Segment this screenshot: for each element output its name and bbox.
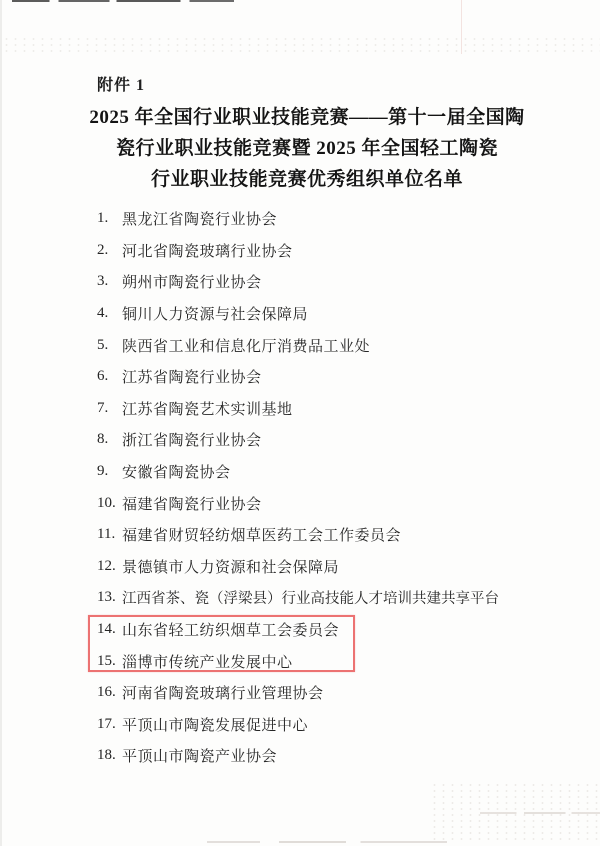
list-item-name: 淄博市传统产业发展中心 (122, 651, 293, 672)
list-item-number: 2. (97, 242, 122, 259)
list-item-name: 江苏省陶瓷行业协会 (122, 366, 262, 387)
list-item-6: 6. 江苏省陶瓷行业协会 (97, 361, 592, 393)
list-item-name: 江苏省陶瓷艺术实训基地 (122, 398, 293, 419)
attachment-label: 附件 1 (97, 72, 145, 95)
list-item-number: 16. (97, 684, 122, 701)
scan-artifact-bottom-edge (207, 841, 447, 843)
list-item-18: 18. 平顶山市陶瓷产业协会 (97, 740, 592, 772)
list-item-number: 13. (97, 589, 122, 606)
list-item-name: 河南省陶瓷玻璃行业管理协会 (122, 682, 324, 703)
list-item-name: 浙江省陶瓷行业协会 (122, 429, 262, 450)
scan-artifact-top-edge (12, 0, 234, 2)
scanned-document-page: 附件 1 2025 年全国行业职业技能竞赛——第十一届全国陶 瓷行业职业技能竞赛… (0, 0, 600, 846)
list-item-number: 7. (97, 400, 122, 417)
list-item-name: 黑龙江省陶瓷行业协会 (122, 208, 277, 229)
list-item-number: 15. (97, 653, 122, 670)
list-item-number: 10. (97, 495, 122, 512)
document-title-line-1: 2025 年全国行业职业技能竞赛——第十一届全国陶 (42, 102, 572, 133)
list-item-number: 14. (97, 621, 122, 638)
list-item-14-highlighted: 14. 山东省轻工纺织烟草工会委员会 (97, 614, 592, 646)
list-item-name: 平顶山市陶瓷产业协会 (122, 745, 277, 766)
list-item-name: 朔州市陶瓷行业协会 (122, 271, 262, 292)
list-item-15-highlighted: 15. 淄博市传统产业发展中心 (97, 645, 592, 677)
document-title: 2025 年全国行业职业技能竞赛——第十一届全国陶 瓷行业职业技能竞赛暨 202… (42, 102, 572, 195)
list-item-number: 12. (97, 558, 122, 575)
scan-noise-line (480, 812, 600, 814)
list-item-name: 铜川人力资源与社会保障局 (122, 303, 308, 324)
list-item-number: 9. (97, 463, 122, 480)
list-item-name: 河北省陶瓷玻璃行业协会 (122, 240, 293, 261)
list-item-8: 8. 浙江省陶瓷行业协会 (97, 424, 592, 456)
list-item-9: 9. 安徽省陶瓷协会 (97, 456, 592, 488)
list-item-12: 12. 景德镇市人力资源和社会保障局 (97, 551, 592, 583)
document-title-line-2: 瓷行业职业技能竞赛暨 2025 年全国轻工陶瓷 (42, 133, 572, 164)
list-item-name: 平顶山市陶瓷发展促进中心 (122, 714, 308, 735)
list-item-5: 5. 陕西省工业和信息化厅消费品工业处 (97, 329, 592, 361)
list-item-number: 3. (97, 273, 122, 290)
list-item-17: 17. 平顶山市陶瓷发展促进中心 (97, 709, 592, 741)
scan-crease-line (461, 0, 462, 54)
list-item-number: 4. (97, 305, 122, 322)
list-item-number: 6. (97, 368, 122, 385)
list-item-name: 福建省陶瓷行业协会 (122, 493, 262, 514)
list-item-name: 景德镇市人力资源和社会保障局 (122, 556, 339, 577)
list-item-number: 18. (97, 747, 122, 764)
document-title-line-3: 行业职业技能竞赛优秀组织单位名单 (42, 164, 572, 195)
list-item-name: 福建省财贸轻纺烟草医药工会工作委员会 (122, 524, 401, 545)
list-item-10: 10. 福建省陶瓷行业协会 (97, 487, 592, 519)
list-item-number: 17. (97, 716, 122, 733)
list-item-3: 3. 朔州市陶瓷行业协会 (97, 266, 592, 298)
list-item-13: 13. 江西省茶、瓷（浮梁县）行业高技能人才培训共建共享平台 (97, 582, 592, 614)
list-item-number: 11. (97, 526, 122, 543)
organization-list: 1. 黑龙江省陶瓷行业协会 2. 河北省陶瓷玻璃行业协会 3. 朔州市陶瓷行业协… (97, 203, 592, 772)
scan-noise-band (2, 36, 600, 54)
list-item-11: 11. 福建省财贸轻纺烟草医药工会工作委员会 (97, 519, 592, 551)
list-item-name: 江西省茶、瓷（浮梁县）行业高技能人才培训共建共享平台 (122, 587, 499, 608)
list-item-2: 2. 河北省陶瓷玻璃行业协会 (97, 235, 592, 267)
list-item-name: 陕西省工业和信息化厅消费品工业处 (122, 335, 370, 356)
list-item-name: 安徽省陶瓷协会 (122, 461, 231, 482)
list-item-number: 8. (97, 431, 122, 448)
list-item-name: 山东省轻工纺织烟草工会委员会 (122, 619, 339, 640)
list-item-16: 16. 河南省陶瓷玻璃行业管理协会 (97, 677, 592, 709)
list-item-number: 5. (97, 337, 122, 354)
list-item-7: 7. 江苏省陶瓷艺术实训基地 (97, 393, 592, 425)
list-item-4: 4. 铜川人力资源与社会保障局 (97, 298, 592, 330)
list-item-number: 1. (97, 210, 122, 227)
list-item-1: 1. 黑龙江省陶瓷行业协会 (97, 203, 592, 235)
scan-noise-corner (430, 782, 600, 840)
